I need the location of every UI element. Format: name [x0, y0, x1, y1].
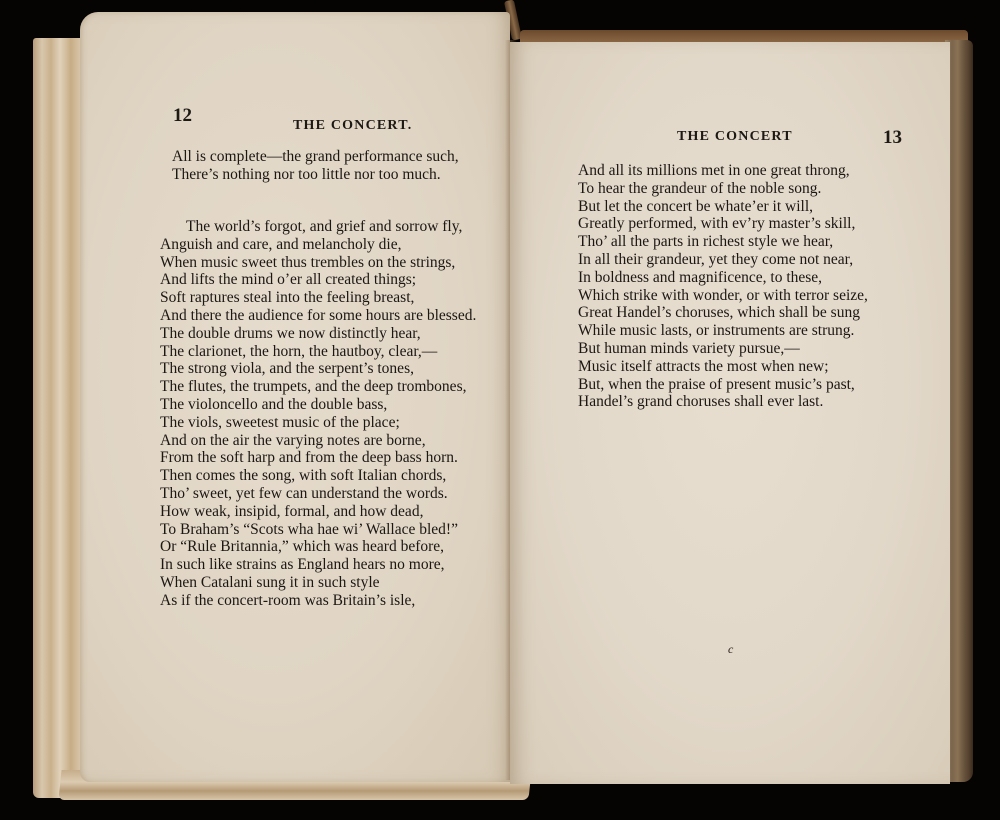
verse-line: When Catalani sung it in such style [160, 574, 476, 592]
verse-line: Tho’ sweet, yet few can understand the w… [160, 485, 476, 503]
verse-line: Greatly performed, with ev’ry master’s s… [578, 215, 868, 233]
verse-line: But let the concert be whate’er it will, [578, 198, 868, 216]
verse-line: How weak, insipid, formal, and how dead, [160, 503, 476, 521]
verse-line: As if the concert-room was Britain’s isl… [160, 592, 476, 610]
verse-line: Anguish and care, and melancholy die, [160, 236, 476, 254]
verse-line: The viols, sweetest music of the place; [160, 414, 476, 432]
right-page: THE CONCERT 13 And all its millions met … [510, 42, 950, 784]
verse-line: All is complete—the grand performance su… [172, 148, 459, 166]
verse-line: Or “Rule Britannia,” which was heard bef… [160, 538, 476, 556]
verse-line: And on the air the varying notes are bor… [160, 432, 476, 450]
verse-line: To Braham’s “Scots wha hae wi’ Wallace b… [160, 521, 476, 539]
verse-line: Soft raptures steal into the feeling bre… [160, 289, 476, 307]
verse-line: The clarionet, the horn, the hautboy, cl… [160, 343, 476, 361]
signature-mark: c [728, 642, 733, 657]
verse-line: The world’s forgot, and grief and sorrow… [160, 218, 476, 236]
verse-line: The flutes, the trumpets, and the deep t… [160, 378, 476, 396]
verse-line: From the soft harp and from the deep bas… [160, 449, 476, 467]
verse-line: In boldness and magnificence, to these, [578, 269, 868, 287]
verse-line: In such like strains as England hears no… [160, 556, 476, 574]
verse-line: But human minds variety pursue,— [578, 340, 868, 358]
verse-line: Handel’s grand choruses shall ever last. [578, 393, 868, 411]
verse-line: While music lasts, or instruments are st… [578, 322, 868, 340]
stanza-2: The world’s forgot, and grief and sorrow… [160, 218, 476, 610]
verse-line: And there the audience for some hours ar… [160, 307, 476, 325]
verse-line: The violoncello and the double bass, [160, 396, 476, 414]
page-number-right: 13 [883, 127, 902, 149]
left-page: 12 THE CONCERT. All is complete—the gran… [80, 12, 510, 782]
running-head-right: THE CONCERT [677, 129, 793, 145]
verse-line: Then comes the song, with soft Italian c… [160, 467, 476, 485]
verse-line: The strong viola, and the serpent’s tone… [160, 360, 476, 378]
verse-line: And all its millions met in one great th… [578, 162, 868, 180]
verse-line: In all their grandeur, yet they come not… [578, 251, 868, 269]
verse-line: But, when the praise of present music’s … [578, 376, 868, 394]
page-number-left: 12 [173, 105, 192, 127]
verse-line: Which strike with wonder, or with terror… [578, 287, 868, 305]
verse-line: Great Handel’s choruses, which shall be … [578, 304, 868, 322]
verse-line: There’s nothing nor too little nor too m… [172, 166, 459, 184]
verse-line: When music sweet thus trembles on the st… [160, 254, 476, 272]
running-head-left: THE CONCERT. [293, 118, 412, 134]
verse-line: The double drums we now distinctly hear, [160, 325, 476, 343]
verse-line: To hear the grandeur of the noble song. [578, 180, 868, 198]
verse-line: And lifts the mind o’er all created thin… [160, 271, 476, 289]
verse-line: Tho’ all the parts in richest style we h… [578, 233, 868, 251]
stanza-1: All is complete—the grand performance su… [172, 148, 459, 184]
verse-line: Music itself attracts the most when new; [578, 358, 868, 376]
open-book-photo: 12 THE CONCERT. All is complete—the gran… [0, 0, 1000, 820]
verse-block-right: And all its millions met in one great th… [578, 162, 868, 411]
